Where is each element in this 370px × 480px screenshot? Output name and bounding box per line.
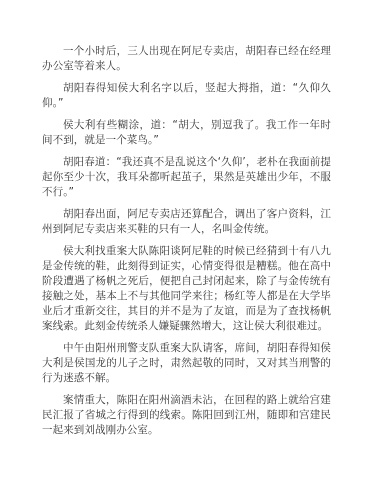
paragraph: 侯大利有些糊涂，道：“胡大，别逗我了。我工作一年时间不到，就是一个菜鸟。”: [42, 118, 331, 148]
paragraph: 胡阳春出面，阿尼专卖店还算配合，调出了客户资料，江州到阿尼专卖店来买鞋的只有一人…: [42, 207, 331, 237]
paragraph: 侯大利找重案大队陈阳谈阿尼鞋的时候已经猜到十有八九是金传统的鞋，此刻得到证实，心…: [42, 244, 331, 334]
paragraph: 一个小时后，三人出现在阿尼专卖店，胡阳春已经在经理办公室等着来人。: [42, 44, 331, 74]
paragraph: 中午由阳州刑警支队重案大队请客，席间，胡阳春得知侯大利是侯国龙的儿子之时，肃然起…: [42, 341, 331, 386]
paragraph: 案情重大，陈阳在阳州滴酒未沾，在回程的路上就给宫建民汇报了省城之行得到的线索。陈…: [42, 393, 331, 438]
document-page: 一个小时后，三人出现在阿尼专卖店，胡阳春已经在经理办公室等着来人。 胡阳春得知侯…: [0, 0, 370, 480]
paragraph: 胡阳春得知侯大利名字以后，竖起大拇指，道：“久仰久仰。”: [42, 81, 331, 111]
paragraph: 胡阳春道：“我还真不是乱说这个‘久仰’，老朴在我面前提起你至少十次，我耳朵都听起…: [42, 155, 331, 200]
